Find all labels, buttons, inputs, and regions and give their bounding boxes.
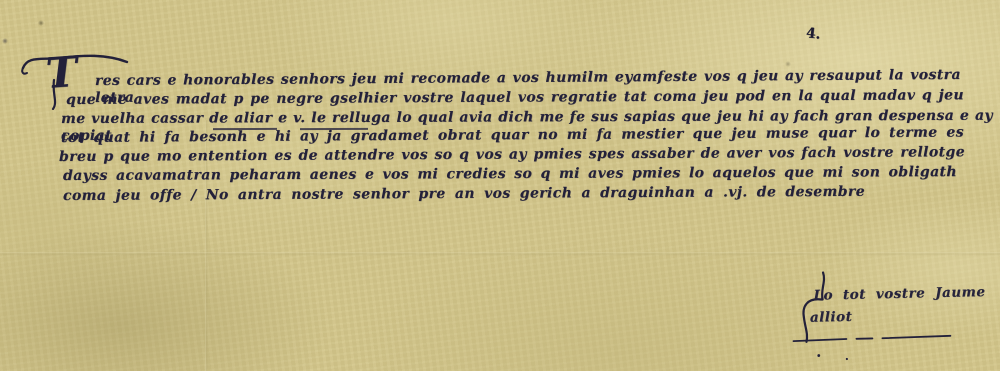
manuscript-line: coma jeu offe / No antra nostre senhor p…: [63, 184, 865, 205]
manuscript-line: breu p que mo entention es de attendre v…: [59, 144, 965, 166]
manuscript-line: dayss acavamatran peharam aenes e vos mi…: [63, 164, 957, 185]
signature-block: Lo tot vostre Jaume alliot: [787, 266, 1000, 370]
manuscript-scan: T res cars e honorables senhors jeu mi r…: [0, 0, 1000, 371]
underline-mark: [213, 128, 277, 130]
page-number-mark: 4.: [805, 25, 821, 42]
manuscript-line: que me aves madat p pe negre gselhier vo…: [66, 87, 964, 109]
opening-initial: T: [45, 51, 79, 95]
horizontal-crease: [0, 252, 1000, 256]
signature-line: alliot: [810, 309, 853, 326]
underline-mark: [300, 128, 368, 130]
